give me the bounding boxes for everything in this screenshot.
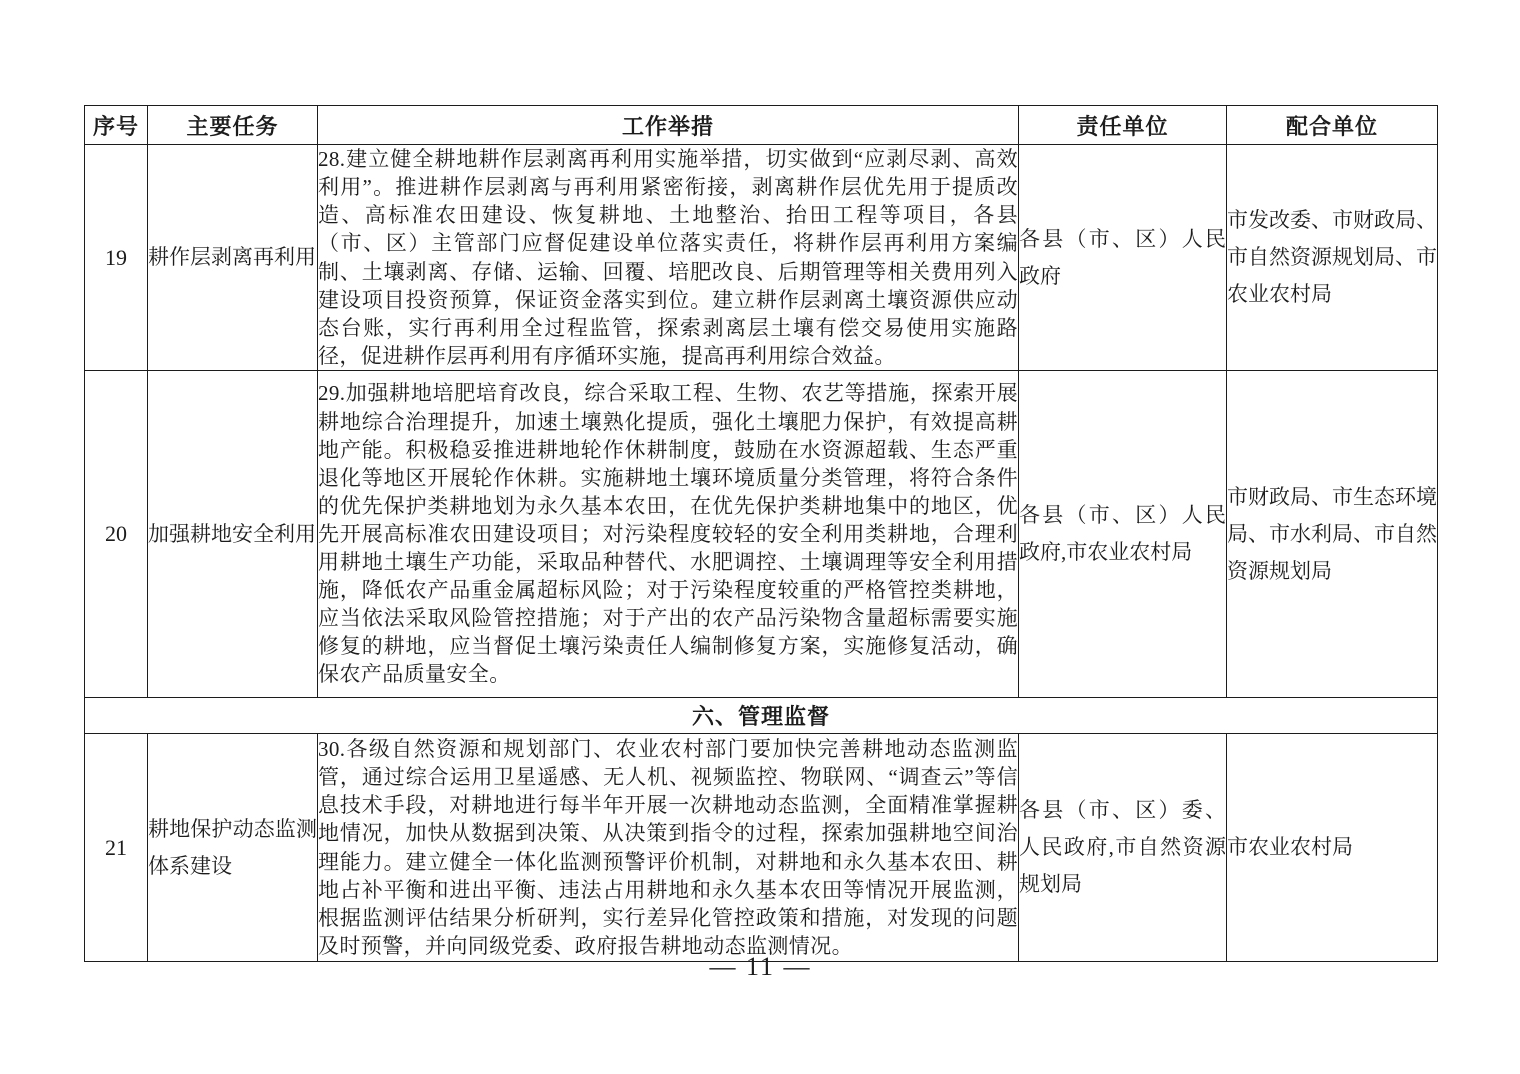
work-measures-cell: 30.各级自然资源和规划部门、农业农村部门要加快完善耕地动态监测监管，通过综合运… [318, 734, 1019, 962]
task-table: 序号 主要任务 工作举措 责任单位 配合单位 19 耕作层剥离再利用 28.建立… [84, 105, 1438, 962]
section-title: 六、管理监督 [85, 698, 1438, 734]
row-serial-no: 20 [85, 371, 148, 698]
main-task-cell: 加强耕地安全利用 [148, 371, 318, 698]
responsible-unit-cell: 各县（市、区）人民政府 [1019, 145, 1227, 371]
table-row: 20 加强耕地安全利用 29.加强耕地培肥培育改良，综合采取工程、生物、农艺等措… [85, 371, 1438, 698]
work-measures-cell: 29.加强耕地培肥培育改良，综合采取工程、生物、农艺等措施，探索开展耕地综合治理… [318, 371, 1019, 698]
table-row: 21 耕地保护动态监测体系建设 30.各级自然资源和规划部门、农业农村部门要加快… [85, 734, 1438, 962]
responsible-unit-cell: 各县（市、区）人民政府,市农业农村局 [1019, 371, 1227, 698]
cooperating-unit-cell: 市农业农村局 [1227, 734, 1438, 962]
col-header-cooperating-unit: 配合单位 [1227, 106, 1438, 145]
main-task-cell: 耕地保护动态监测体系建设 [148, 734, 318, 962]
row-serial-no: 21 [85, 734, 148, 962]
col-header-responsible-unit: 责任单位 [1019, 106, 1227, 145]
table-row: 19 耕作层剥离再利用 28.建立健全耕地耕作层剥离再利用实施举措，切实做到“应… [85, 145, 1438, 371]
page-number: — 11 — [84, 952, 1437, 982]
document-page: 序号 主要任务 工作举措 责任单位 配合单位 19 耕作层剥离再利用 28.建立… [0, 0, 1520, 1074]
col-header-work-measures: 工作举措 [318, 106, 1019, 145]
work-measures-cell: 28.建立健全耕地耕作层剥离再利用实施举措，切实做到“应剥尽剥、高效利用”。推进… [318, 145, 1019, 371]
col-header-main-task: 主要任务 [148, 106, 318, 145]
row-serial-no: 19 [85, 145, 148, 371]
cooperating-unit-cell: 市发改委、市财政局、市自然资源规划局、市农业农村局 [1227, 145, 1438, 371]
section-row: 六、管理监督 [85, 698, 1438, 734]
col-header-serial-no: 序号 [85, 106, 148, 145]
table-header-row: 序号 主要任务 工作举措 责任单位 配合单位 [85, 106, 1438, 145]
main-task-cell: 耕作层剥离再利用 [148, 145, 318, 371]
cooperating-unit-cell: 市财政局、市生态环境局、市水利局、市自然资源规划局 [1227, 371, 1438, 698]
responsible-unit-cell: 各县（市、区）委、人民政府,市自然资源规划局 [1019, 734, 1227, 962]
